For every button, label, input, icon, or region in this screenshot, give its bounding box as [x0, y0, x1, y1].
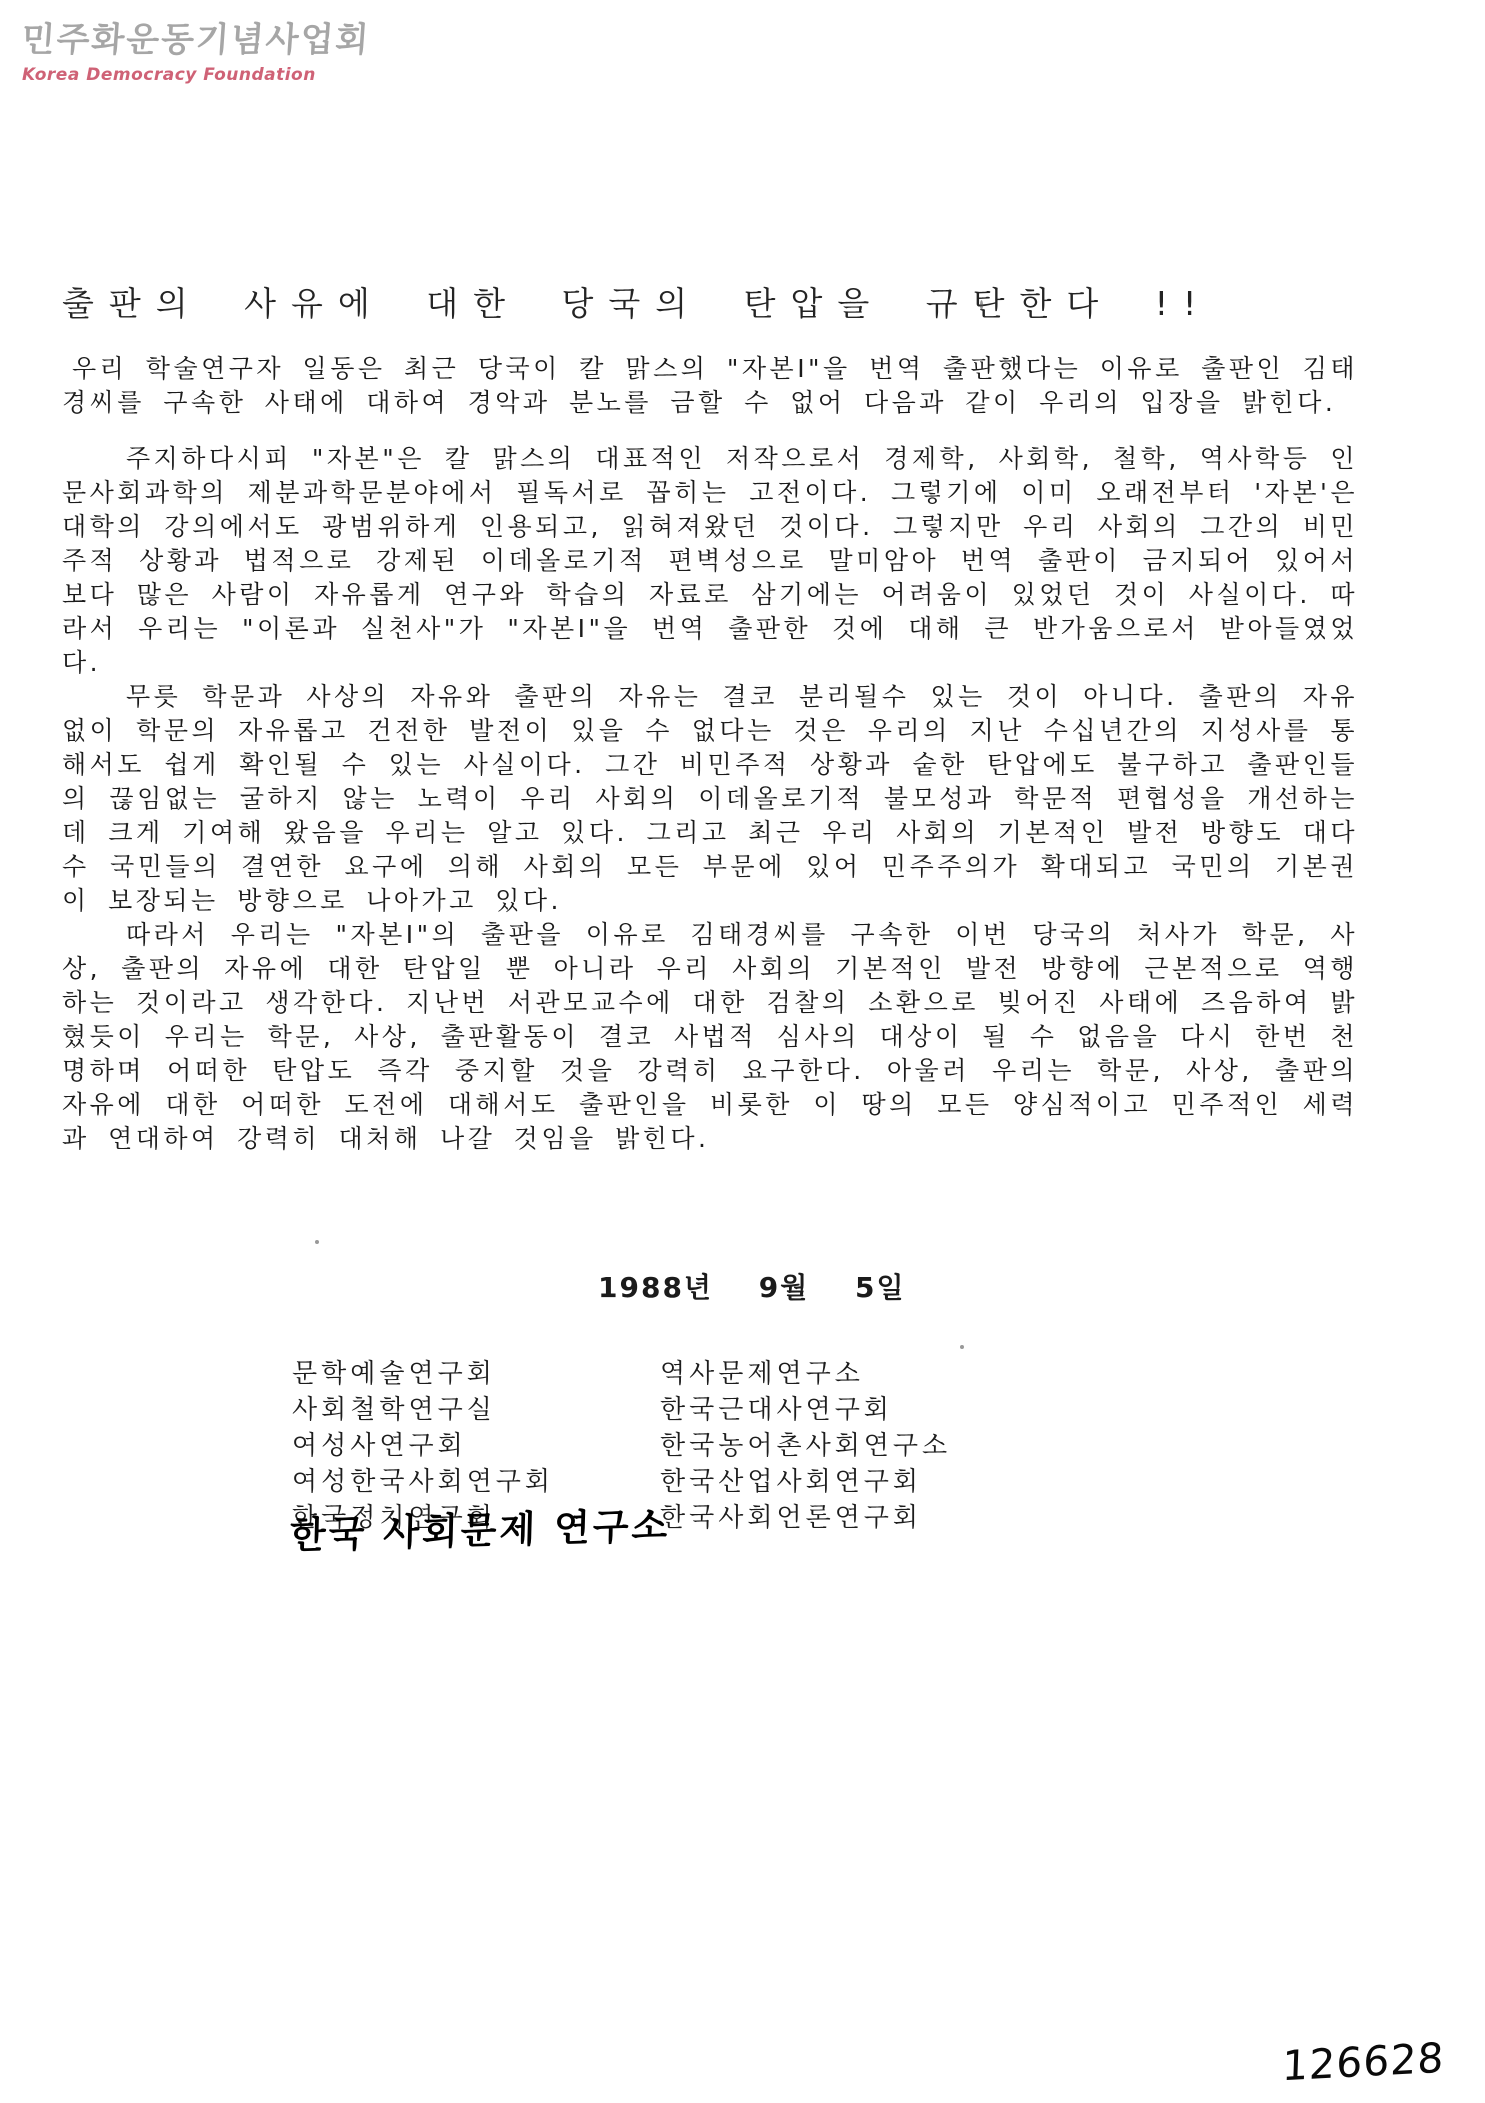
scan-speck: [980, 300, 983, 310]
signatory-item: 한국산업사회연구회: [660, 1464, 951, 1500]
signatory-item: 역사문제연구소: [660, 1356, 951, 1392]
statement-date: 1988년 9월 5일: [598, 1266, 906, 1306]
archive-number: 126628: [1281, 2034, 1445, 2091]
statement-paragraph: 따라서 우리는 "자본I"의 출판을 이유로 김태경씨를 구속한 이번 당국의 …: [62, 918, 1358, 1156]
scanned-document-page: 민주화운동기념사업회 Korea Democracy Foundation 출판…: [0, 0, 1485, 2103]
signatory-item: 사회철학연구실: [292, 1392, 660, 1428]
statement-body: 우리 학술연구자 일동은 최근 당국이 칼 맑스의 "자본I"을 번역 출판했다…: [62, 352, 1358, 1156]
statement-title: 출판의 사유에 대한 당국의 탄압을 규탄한다 !!: [62, 278, 1392, 325]
statement-paragraph: 우리 학술연구자 일동은 최근 당국이 칼 맑스의 "자본I"을 번역 출판했다…: [62, 352, 1358, 420]
signatory-item: 한국사회언론연구회: [660, 1500, 951, 1536]
scan-speck: [960, 1345, 964, 1349]
signatory-item: 한국농어촌사회연구소: [660, 1428, 951, 1464]
handwritten-signatory: 한국 사회문제 연구소: [289, 1495, 671, 1559]
signatory-item: 한국근대사연구회: [660, 1392, 951, 1428]
signatory-column-right: 역사문제연구소 한국근대사연구회 한국농어촌사회연구소 한국산업사회연구회 한국…: [660, 1356, 951, 1536]
signatory-item: 여성사연구회: [292, 1428, 660, 1464]
statement-paragraph: 주지하다시피 "자본"은 칼 맑스의 대표적인 저작으로서 경제학, 사회학, …: [62, 442, 1358, 680]
scan-speck: [315, 1240, 319, 1244]
logo-korean-text: 민주화운동기념사업회: [20, 12, 372, 61]
organization-logo: 민주화운동기념사업회 Korea Democracy Foundation: [22, 12, 370, 85]
logo-english-text: Korea Democracy Foundation: [22, 65, 370, 85]
statement-paragraph: 무릇 학문과 사상의 자유와 출판의 자유는 결코 분리될수 있는 것이 아니다…: [62, 680, 1358, 918]
signatory-item: 여성한국사회연구회: [292, 1464, 660, 1500]
signatory-item: 문학예술연구회: [292, 1356, 660, 1392]
